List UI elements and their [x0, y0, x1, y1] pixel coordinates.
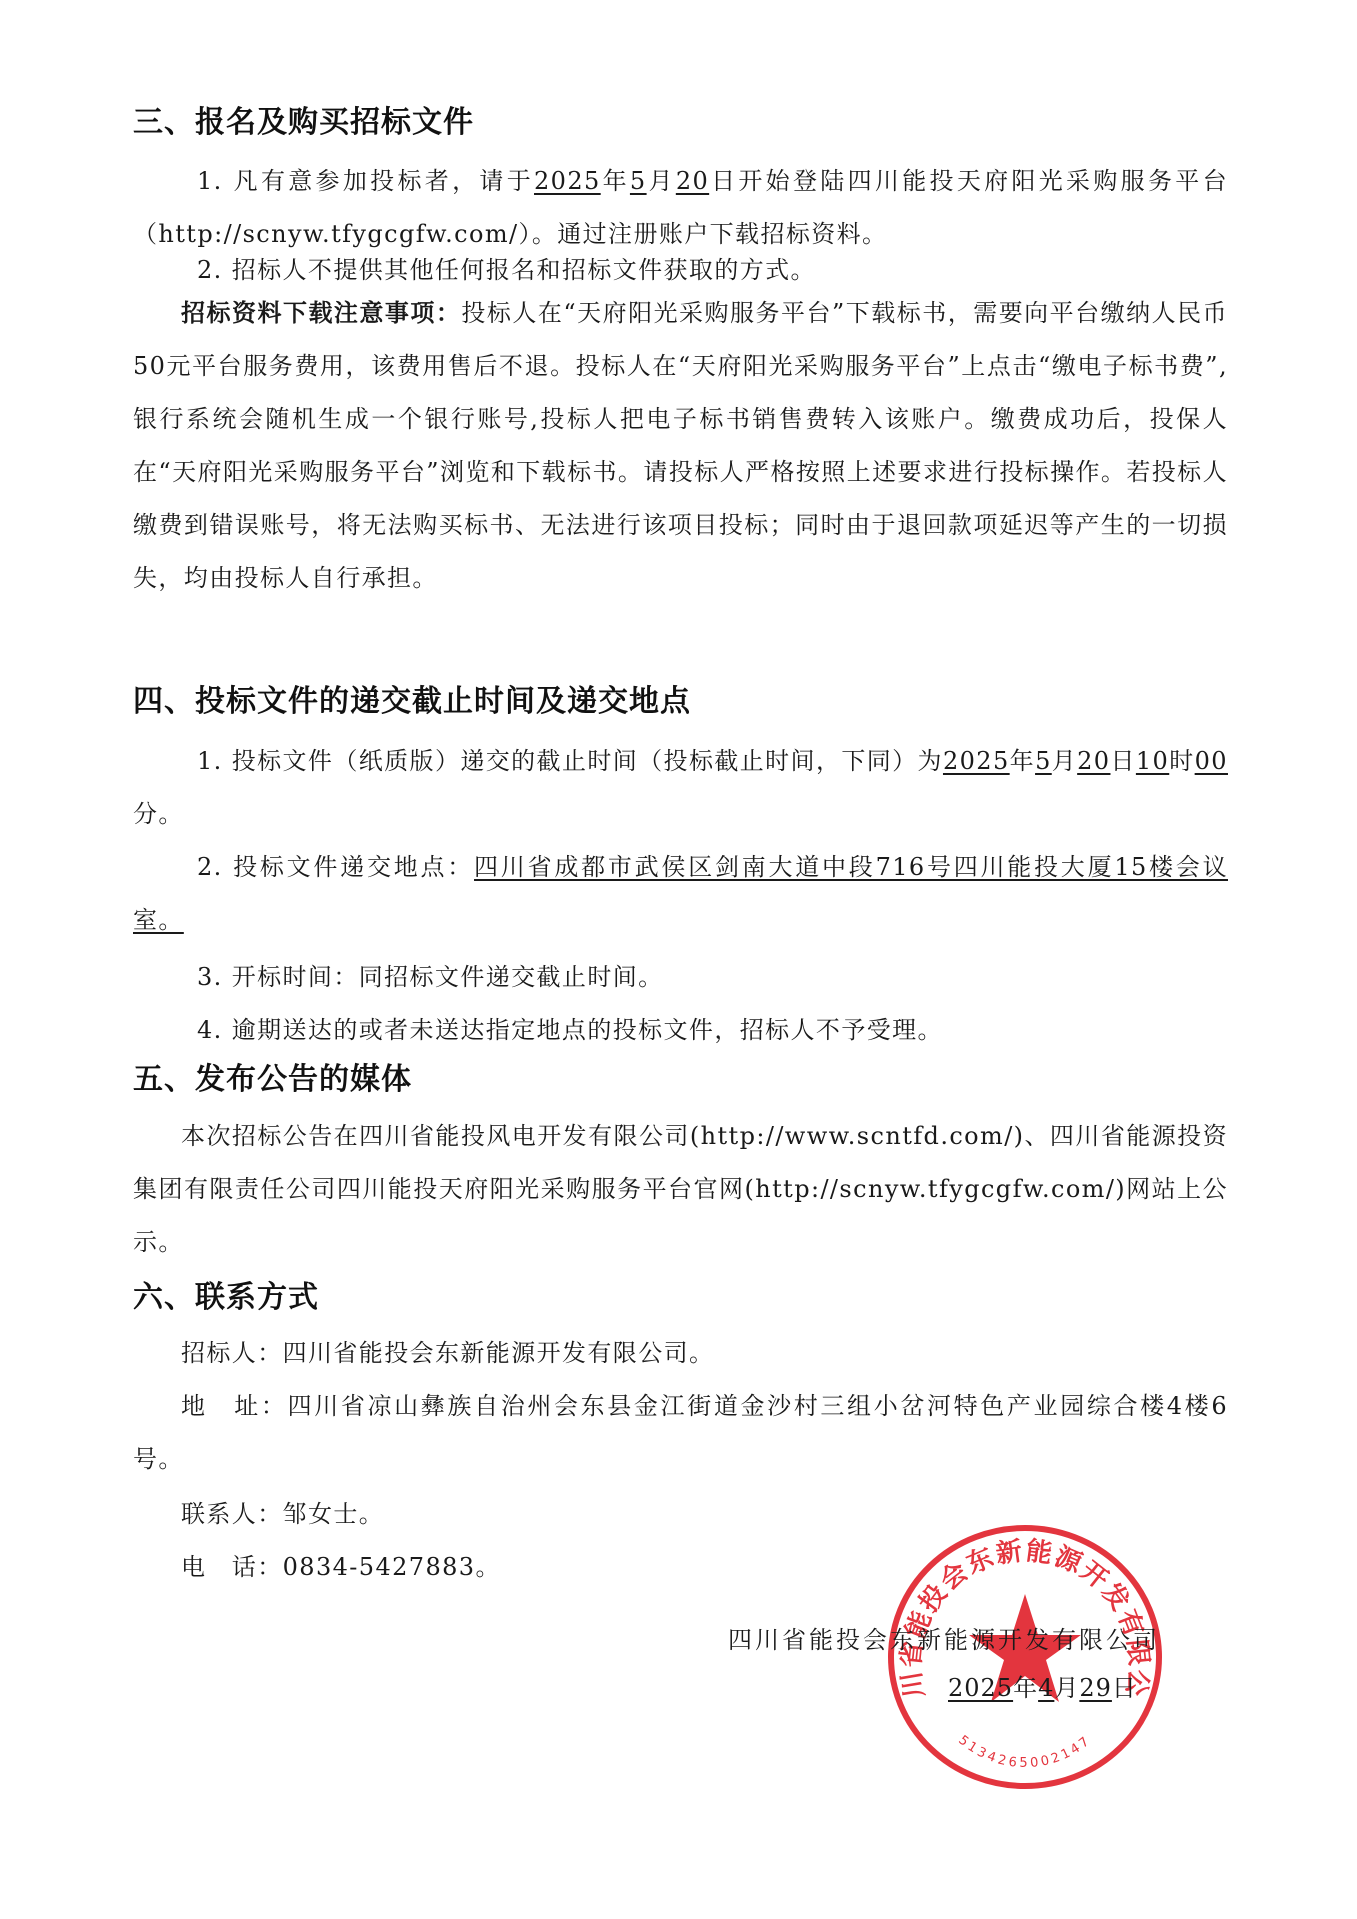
- deadline-minute: 00: [1195, 747, 1228, 775]
- minute-unit: 分。: [133, 800, 184, 828]
- svg-text:5134265002147: 5134265002147: [955, 1733, 1094, 1771]
- sign-month: 4: [1038, 1674, 1054, 1702]
- deadline-day: 20: [1077, 747, 1110, 775]
- year-unit: 年: [1010, 747, 1035, 775]
- section-4-item-1: 1. 投标文件（纸质版）递交的截止时间（投标截止时间，下同）为2025年5月20…: [133, 735, 1228, 841]
- start-day: 20: [676, 167, 709, 195]
- item-text: 1. 投标文件（纸质版）递交的截止时间（投标截止时间，下同）为: [197, 747, 943, 775]
- signature-date: 2025年4月29日: [948, 1668, 1137, 1703]
- month-unit: 月: [1054, 1674, 1079, 1702]
- month-unit: 月: [1052, 747, 1077, 775]
- section-3-heading: 三、报名及购买招标文件: [133, 103, 474, 143]
- start-year: 2025: [534, 167, 601, 195]
- section-4-item-3: 3. 开标时间：同招标文件递交截止时间。: [133, 951, 1228, 1004]
- company-seal-icon: 四川省能投会东新能源开发有限公司 5134265002147: [885, 1522, 1165, 1792]
- section-4-item-4: 4. 逾期送达的或者未送达指定地点的投标文件，招标人不予受理。: [133, 1004, 1228, 1057]
- item-text: 1. 凡有意参加投标者，请于: [197, 167, 534, 195]
- section-5-heading: 五、发布公告的媒体: [133, 1060, 412, 1100]
- year-unit: 年: [1013, 1674, 1038, 1702]
- contact-tenderer: 招标人：四川省能投会东新能源开发有限公司。: [133, 1327, 1228, 1380]
- section-5-text: 本次招标公告在四川省能投风电开发有限公司(http://www.scntfd.c…: [133, 1110, 1228, 1269]
- notice-text: 投标人在“天府阳光采购服务平台”下载标书，需要向平台缴纳人民币50元平台服务费用…: [133, 299, 1228, 592]
- hour-unit: 时: [1169, 747, 1194, 775]
- sign-day: 29: [1079, 1674, 1112, 1702]
- deadline-year: 2025: [943, 747, 1010, 775]
- contact-address: 地 址：四川省凉山彝族自治州会东县金江街道金沙村三组小岔河特色产业园综合楼4楼6…: [133, 1380, 1228, 1486]
- item-text: 2. 投标文件递交地点：: [197, 853, 474, 881]
- signature-company: 四川省能投会东新能源开发有限公司: [728, 1620, 1160, 1655]
- deadline-month: 5: [1035, 747, 1052, 775]
- section-4-heading: 四、投标文件的递交截止时间及递交地点: [133, 682, 691, 722]
- deadline-hour: 10: [1136, 747, 1169, 775]
- section-6-heading: 六、联系方式: [133, 1278, 319, 1318]
- year-unit: 年: [601, 167, 630, 195]
- start-month: 5: [630, 167, 647, 195]
- day-unit: 日: [1112, 1674, 1137, 1702]
- month-unit: 月: [647, 167, 676, 195]
- sign-year: 2025: [948, 1674, 1013, 1702]
- section-4-item-2: 2. 投标文件递交地点：四川省成都市武侯区剑南大道中段716号四川能投大厦15楼…: [133, 841, 1228, 947]
- notice-label: 招标资料下载注意事项：: [181, 299, 461, 327]
- download-notice: 招标资料下载注意事项：投标人在“天府阳光采购服务平台”下载标书，需要向平台缴纳人…: [133, 287, 1228, 605]
- day-unit: 日: [1110, 747, 1135, 775]
